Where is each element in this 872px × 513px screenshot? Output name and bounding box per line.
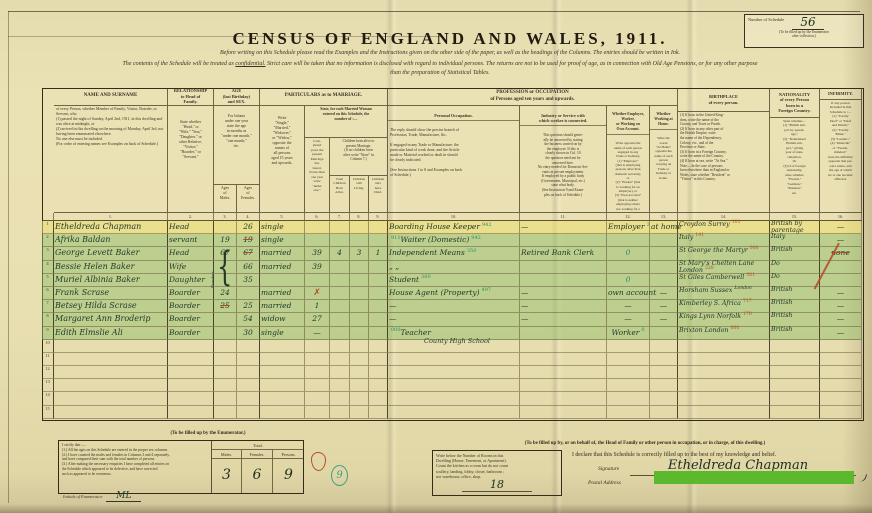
cell-ind — [520, 234, 607, 247]
cell-inf: — — [820, 234, 862, 247]
cell-living — [350, 313, 369, 326]
cell-ind: — — [520, 287, 607, 300]
cell-birth: St Giles Camberwell301 — [678, 274, 770, 287]
cell-died: 1 — [369, 247, 388, 260]
cell-living — [350, 366, 369, 379]
cell-occ — [388, 392, 520, 405]
table-row: 7Betsey Hilda ScraseBoarder2525married1—… — [42, 300, 862, 313]
totals-header: Total. — [212, 441, 304, 450]
cell-nat — [770, 379, 820, 392]
table-header: NAME AND SURNAME of every Person, whethe… — [42, 88, 862, 213]
cell-name: Bessie Helen Baker — [54, 261, 168, 274]
cell-died — [369, 313, 388, 326]
cell-nat: British — [770, 327, 820, 340]
cell-name — [54, 392, 168, 405]
cell-died — [369, 392, 388, 405]
form-title: CENSUS OF ENGLAND AND WALES, 1911. — [90, 29, 810, 49]
enumerator-certify-text: I certify that :— (1.) All the ages on t… — [62, 443, 208, 477]
cell-occ: „ „ — [388, 261, 520, 274]
cell-died — [369, 406, 388, 419]
cell-years — [305, 379, 330, 392]
table-row: 11 — [42, 353, 862, 366]
cell-marr — [260, 340, 305, 353]
col-at-home-body: Write the words "At Home" opposite the n… — [652, 136, 675, 180]
rooms-value: 18 — [433, 478, 561, 491]
col-relationship-body: State whether "Head," or "Wife," "Son," … — [168, 106, 214, 213]
cell-birth: Brixton London000 — [678, 327, 770, 340]
cell-living — [350, 300, 369, 313]
cell-ind: — — [520, 221, 607, 234]
cell-age_m — [214, 366, 237, 379]
cell-age_m — [214, 406, 237, 419]
cell-birth — [678, 340, 770, 353]
col-employer-worker-body: Write opposite the name of each person e… — [609, 141, 647, 213]
column-number: 14. — [678, 213, 770, 221]
col-infirmity-title: INFIRMITY. — [820, 88, 862, 100]
cell-age_f — [237, 353, 260, 366]
cell-ind — [520, 406, 607, 419]
cell-num: 3 — [42, 247, 54, 260]
cell-born — [330, 300, 350, 313]
teal-nine-mark: 9 — [331, 465, 348, 486]
postal-address-label: Postal Address — [588, 480, 621, 486]
col-industry-title: Industry or Service with which worker is… — [520, 112, 606, 127]
schedule-number-label: Number of Schedule — [748, 17, 784, 22]
enumerator-initials-label: Initials of Enumerator — [63, 494, 102, 499]
cell-inf: — — [820, 287, 862, 300]
cell-inf: — — [820, 221, 862, 234]
postal-address-redaction — [654, 471, 854, 484]
col-married-woman-note: State, for each Married Woman entered on… — [305, 106, 388, 138]
cell-age_f: 66 — [237, 261, 260, 274]
column-number: 12. — [607, 213, 650, 221]
cell-born: 4 — [330, 247, 350, 260]
cell-died — [369, 340, 388, 353]
cell-rel: Daughter — [168, 274, 214, 287]
col-personal-occupation-title: Personal Occupation. — [388, 112, 519, 121]
col-industry-body: This question should gener- ally be answ… — [522, 133, 604, 197]
cell-emp — [607, 261, 650, 274]
cell-emp: Worker0 — [607, 327, 650, 340]
cell-occ — [388, 406, 520, 419]
cell-birth — [678, 366, 770, 379]
cell-age_f — [237, 366, 260, 379]
census-form-scan: CENSUS OF ENGLAND AND WALES, 1911. Numbe… — [0, 0, 872, 513]
cell-marr: married — [260, 300, 305, 313]
totals-males-label: Males. — [212, 450, 242, 459]
cell-name: Betsey Hilda Scrase — [54, 300, 168, 313]
col-nationality-title: NATIONALITY of every Person born in a Fo… — [770, 88, 820, 118]
cell-home — [650, 234, 678, 247]
table-row: 10 — [42, 340, 862, 353]
column-number: 13. — [650, 213, 678, 221]
cell-years: — — [305, 327, 330, 340]
col-employer-worker: Whether Employer, Worker, or Working on … — [607, 106, 650, 213]
cell-age_f: 26 — [237, 221, 260, 234]
cell-born — [330, 379, 350, 392]
cell-inf: none — [820, 247, 862, 260]
cell-birth: Horsham SussexLondon — [678, 287, 770, 300]
cell-birth — [678, 406, 770, 419]
cell-num: 7 — [42, 300, 54, 313]
cell-age_m — [214, 379, 237, 392]
cell-emp: Employer2 — [607, 221, 650, 234]
cell-living — [350, 379, 369, 392]
cell-years — [305, 366, 330, 379]
cell-born — [330, 340, 350, 353]
column-number: 6. — [305, 213, 330, 221]
cell-living — [350, 392, 369, 405]
col-children-died: Children who have Died. — [369, 176, 388, 213]
cell-living — [350, 327, 369, 340]
cell-home — [650, 353, 678, 366]
table-row: 2Afrika Baldanservant1919single911Waiter… — [42, 234, 862, 247]
cell-home — [650, 274, 678, 287]
col-age-males: Ages of Males. — [214, 185, 237, 213]
cell-inf — [820, 353, 862, 366]
cell-marr — [260, 353, 305, 366]
cell-living — [350, 406, 369, 419]
cell-age_m — [214, 340, 237, 353]
column-number: 5. — [260, 213, 305, 221]
cell-rel: Head — [168, 247, 214, 260]
table-row: 6Frank ScraseBoarder24married✗House Agen… — [42, 287, 862, 300]
cell-born — [330, 353, 350, 366]
teal-nine-value: 9 — [336, 470, 342, 481]
col-marriage-status: Write "Single," "Married," "Widower," or… — [260, 106, 305, 213]
table-body: 1Etheldreda ChapmanHead26singleBoarding … — [42, 221, 862, 419]
col-name-body: of every Person, whether Member of Famil… — [54, 106, 168, 213]
cell-occ — [388, 353, 520, 366]
col-relationship-title: RELATIONSHIP to Head of Family. — [168, 88, 214, 106]
col-profession-title: PROFESSION or OCCUPATION of Persons aged… — [388, 88, 678, 106]
cell-ind — [520, 353, 607, 366]
cell-home: at home — [650, 221, 678, 234]
cell-marr: single — [260, 221, 305, 234]
cell-ind — [520, 274, 607, 287]
householder-section-header: (To be filled up by, or on behalf of, th… — [430, 441, 860, 446]
cell-num: 5 — [42, 274, 54, 287]
cell-rel: servant — [168, 234, 214, 247]
cell-rel: Boarder — [168, 327, 214, 340]
cell-age_m — [214, 327, 237, 340]
cell-num: 4 — [42, 261, 54, 274]
cell-occ — [388, 340, 520, 353]
cell-age_m: 25 — [214, 300, 237, 313]
cell-born — [330, 234, 350, 247]
cell-num: 2 — [42, 234, 54, 247]
cell-rel — [168, 406, 214, 419]
totals-males-value: 3 — [212, 459, 242, 493]
cell-died — [369, 300, 388, 313]
column-number: 16. — [820, 213, 862, 221]
top-rule — [8, 11, 860, 12]
column-number: 11. — [520, 213, 607, 221]
enumerator-box: I certify that :— (1.) All the ages on t… — [58, 440, 304, 494]
cell-years — [305, 234, 330, 247]
cell-home: — — [650, 300, 678, 313]
cell-name: Margaret Ann Broderip — [54, 313, 168, 326]
cell-ind — [520, 392, 607, 405]
cell-occ: 911Waiter (Domestic)942 — [388, 234, 520, 247]
cell-emp — [607, 353, 650, 366]
cell-marr: single — [260, 234, 305, 247]
cell-inf — [820, 392, 862, 405]
cell-ind: — — [520, 300, 607, 313]
cell-living — [350, 261, 369, 274]
cell-rel — [168, 379, 214, 392]
cell-name: Afrika Baldan — [54, 234, 168, 247]
cell-living — [350, 274, 369, 287]
cell-living — [350, 353, 369, 366]
instruction-line-2: The contents of the Schedule will be tre… — [40, 60, 840, 78]
cell-years — [305, 353, 330, 366]
cell-age_f: 54 — [237, 313, 260, 326]
cell-home — [650, 406, 678, 419]
cell-occ: — — [388, 313, 520, 326]
instruction2-confidential: confidential. — [235, 61, 265, 67]
cell-birth: Kings Lynn Norfolk170 — [678, 313, 770, 326]
column-number-strip: 1.2.3.4.5.6.7.8.9.10.11.12.13.14.15.16. — [54, 213, 862, 221]
cell-emp — [607, 234, 650, 247]
cell-died — [369, 234, 388, 247]
cell-ind: — — [520, 313, 607, 326]
cell-inf: — — [820, 300, 862, 313]
cell-home — [650, 327, 678, 340]
cell-born — [330, 261, 350, 274]
totals-females-label: Females. — [242, 450, 273, 459]
cell-name — [54, 353, 168, 366]
col-children-born: Total Children Born Alive. — [330, 176, 350, 213]
row-number-header — [42, 213, 54, 221]
col-children-living: Children still Living. — [350, 176, 369, 213]
cell-emp — [607, 392, 650, 405]
cell-home — [650, 247, 678, 260]
cell-born — [330, 366, 350, 379]
col-infirmity-body: If any person included in this Schedule … — [820, 100, 862, 213]
cell-home — [650, 392, 678, 405]
brace-glyph: { — [217, 247, 232, 287]
cell-years: 1 — [305, 300, 330, 313]
cell-num: 14 — [42, 392, 54, 405]
cell-emp: — — [607, 300, 650, 313]
cell-age_f — [237, 287, 260, 300]
cell-birth: St Mary's Chelten Lane London320 — [678, 261, 770, 274]
cell-name — [54, 340, 168, 353]
column-number: 3. — [214, 213, 237, 221]
cell-nat — [770, 392, 820, 405]
cell-years: ✗ — [305, 287, 330, 300]
table-row: 13 — [42, 379, 862, 392]
col-age-title: AGE (last Birthday) and SEX. — [214, 88, 260, 106]
rooms-box: Write below the Number of Rooms in this … — [432, 450, 562, 496]
cell-born — [330, 327, 350, 340]
cell-num: 8 — [42, 313, 54, 326]
totals-persons-label: Persons. — [273, 450, 304, 459]
col-employer-worker-title: Whether Employer, Worker, or Working on … — [607, 111, 649, 134]
cell-ind: Retired Bank Clerk — [520, 247, 607, 260]
cell-home: — — [650, 287, 678, 300]
col-nationality-body: State whether— (1) "British sub- ject by… — [770, 118, 820, 213]
col-birthplace-title: BIRTHPLACE of every person. — [678, 88, 770, 112]
cell-num: 12 — [42, 366, 54, 379]
cell-living — [350, 287, 369, 300]
cell-marr: married — [260, 247, 305, 260]
cell-occ: — — [388, 300, 520, 313]
cell-age_f — [237, 340, 260, 353]
cell-age_f: 25 — [237, 300, 260, 313]
cell-name — [54, 406, 168, 419]
column-number: 8. — [350, 213, 369, 221]
cell-living: 3 — [350, 247, 369, 260]
table-row: 14 — [42, 392, 862, 405]
column-number: 1. — [54, 213, 168, 221]
cell-years: 27 — [305, 313, 330, 326]
cell-name: Muriel Albinia Baker — [54, 274, 168, 287]
cell-birth: Croydon Surrey101 — [678, 221, 770, 234]
table-row: 5Muriel Albinia BakerDaughter35Student38… — [42, 274, 862, 287]
schedule-number-value: 56 — [792, 15, 823, 30]
cell-rel — [168, 353, 214, 366]
instruction2-rest: Strict care will be taken that no inform… — [266, 61, 758, 76]
family-brace-label: Boarders — [210, 271, 215, 288]
table-row: 8Margaret Ann BroderipBoarder54widow27——… — [42, 313, 862, 326]
cell-living — [350, 234, 369, 247]
cell-years: 39 — [305, 247, 330, 260]
cell-age_m — [214, 221, 237, 234]
enumerator-initials-value: ML — [106, 491, 141, 502]
cell-born — [330, 313, 350, 326]
cell-age_f: 30 — [237, 327, 260, 340]
cell-occ — [388, 379, 520, 392]
cell-home: — — [650, 313, 678, 326]
cell-inf — [820, 406, 862, 419]
cell-died — [369, 221, 388, 234]
cell-years — [305, 392, 330, 405]
cell-age_f: 35 — [237, 274, 260, 287]
cell-home — [650, 261, 678, 274]
cell-num: 15 — [42, 406, 54, 419]
cell-ind — [520, 340, 607, 353]
cell-born — [330, 406, 350, 419]
column-number: 7. — [330, 213, 350, 221]
cell-inf — [820, 366, 862, 379]
col-age-females: Ages of Females. — [237, 185, 260, 213]
cell-num: 9 — [42, 327, 54, 340]
cell-marr — [260, 274, 305, 287]
paper-edge-bottom — [0, 504, 872, 513]
cell-marr — [260, 379, 305, 392]
cell-died — [369, 366, 388, 379]
cell-home — [650, 379, 678, 392]
col-marriage-title: PARTICULARS as to MARRIAGE. — [260, 88, 388, 106]
cell-emp: 0 — [607, 274, 650, 287]
col-birthplace-body: (1) If born in the United King- dom, wri… — [678, 112, 770, 213]
cell-num: 10 — [42, 340, 54, 353]
cell-rel — [168, 392, 214, 405]
cell-name: Frank Scrase — [54, 287, 168, 300]
cell-died — [369, 274, 388, 287]
col-personal-occupation: Personal Occupation. The reply should sh… — [388, 106, 520, 213]
cell-age_f — [237, 379, 260, 392]
cell-living — [350, 221, 369, 234]
cell-marr: widow — [260, 313, 305, 326]
cell-rel: Boarder — [168, 287, 214, 300]
cell-age_f: 19 — [237, 234, 260, 247]
totals-females-value: 6 — [242, 459, 273, 493]
cell-nat — [770, 353, 820, 366]
cell-home — [650, 340, 678, 353]
cell-born — [330, 392, 350, 405]
cell-marr: single — [260, 327, 305, 340]
cell-name: George Levett Baker — [54, 247, 168, 260]
cell-died — [369, 287, 388, 300]
cell-occ: Independent Means350 — [388, 247, 520, 260]
col-at-home-title: Whether Working at Home. — [650, 111, 677, 130]
column-number: 2. — [168, 213, 214, 221]
cell-nat — [770, 340, 820, 353]
cell-rel: Wife — [168, 261, 214, 274]
totals-persons-value: 9 — [273, 459, 304, 493]
cell-years — [305, 221, 330, 234]
instruction2-pre: The contents of the Schedule will be tre… — [122, 61, 235, 67]
column-number: 4. — [237, 213, 260, 221]
cell-emp: — — [607, 313, 650, 326]
table-row: 12 — [42, 366, 862, 379]
cell-inf — [820, 340, 862, 353]
left-rule — [8, 11, 9, 503]
table-row: 4Bessie Helen BakerWife66married39„ „St … — [42, 261, 862, 274]
cell-birth — [678, 353, 770, 366]
cell-home — [650, 366, 678, 379]
enumerator-section-header: (To be filled up by the Enumerator.) — [58, 431, 358, 436]
signature-label: Signature — [598, 466, 619, 472]
cell-age_m — [214, 313, 237, 326]
table-row: 15 — [42, 406, 862, 419]
cell-rel: Boarder — [168, 300, 214, 313]
cell-occ: Boarding House Keeper942 — [388, 221, 520, 234]
col-at-home: Whether Working at Home. Write the words… — [650, 106, 678, 213]
cell-marr — [260, 366, 305, 379]
cell-marr — [260, 392, 305, 405]
cell-age_f — [237, 406, 260, 419]
rooms-instructions: Write below the Number of Rooms in this … — [433, 451, 561, 481]
cell-died — [369, 261, 388, 274]
cell-occ: House Agent (Property)497 — [388, 287, 520, 300]
cell-nat — [770, 406, 820, 419]
cell-age_f — [237, 392, 260, 405]
col-children-note: Children born alive to present Marriage.… — [330, 138, 388, 176]
cell-nat — [770, 366, 820, 379]
schedule-number-box: Number of Schedule 56 (To be filled up b… — [744, 14, 864, 48]
col-industry: Industry or Service with which worker is… — [520, 106, 607, 213]
cell-ind — [520, 327, 607, 340]
cell-inf — [820, 274, 862, 287]
cell-birth — [678, 379, 770, 392]
cell-years: 39 — [305, 261, 330, 274]
cell-age_m — [214, 353, 237, 366]
cell-years — [305, 340, 330, 353]
cell-emp — [607, 366, 650, 379]
column-number: 10. — [388, 213, 520, 221]
cell-emp — [607, 340, 650, 353]
col-personal-occupation-body: The reply should show the precise branch… — [390, 128, 517, 178]
col-years-married: Com- pleted years the present Marriage h… — [305, 138, 330, 213]
family-brace: { — [212, 247, 237, 288]
cell-rel — [168, 366, 214, 379]
cell-name — [54, 366, 168, 379]
cell-age_m — [214, 392, 237, 405]
